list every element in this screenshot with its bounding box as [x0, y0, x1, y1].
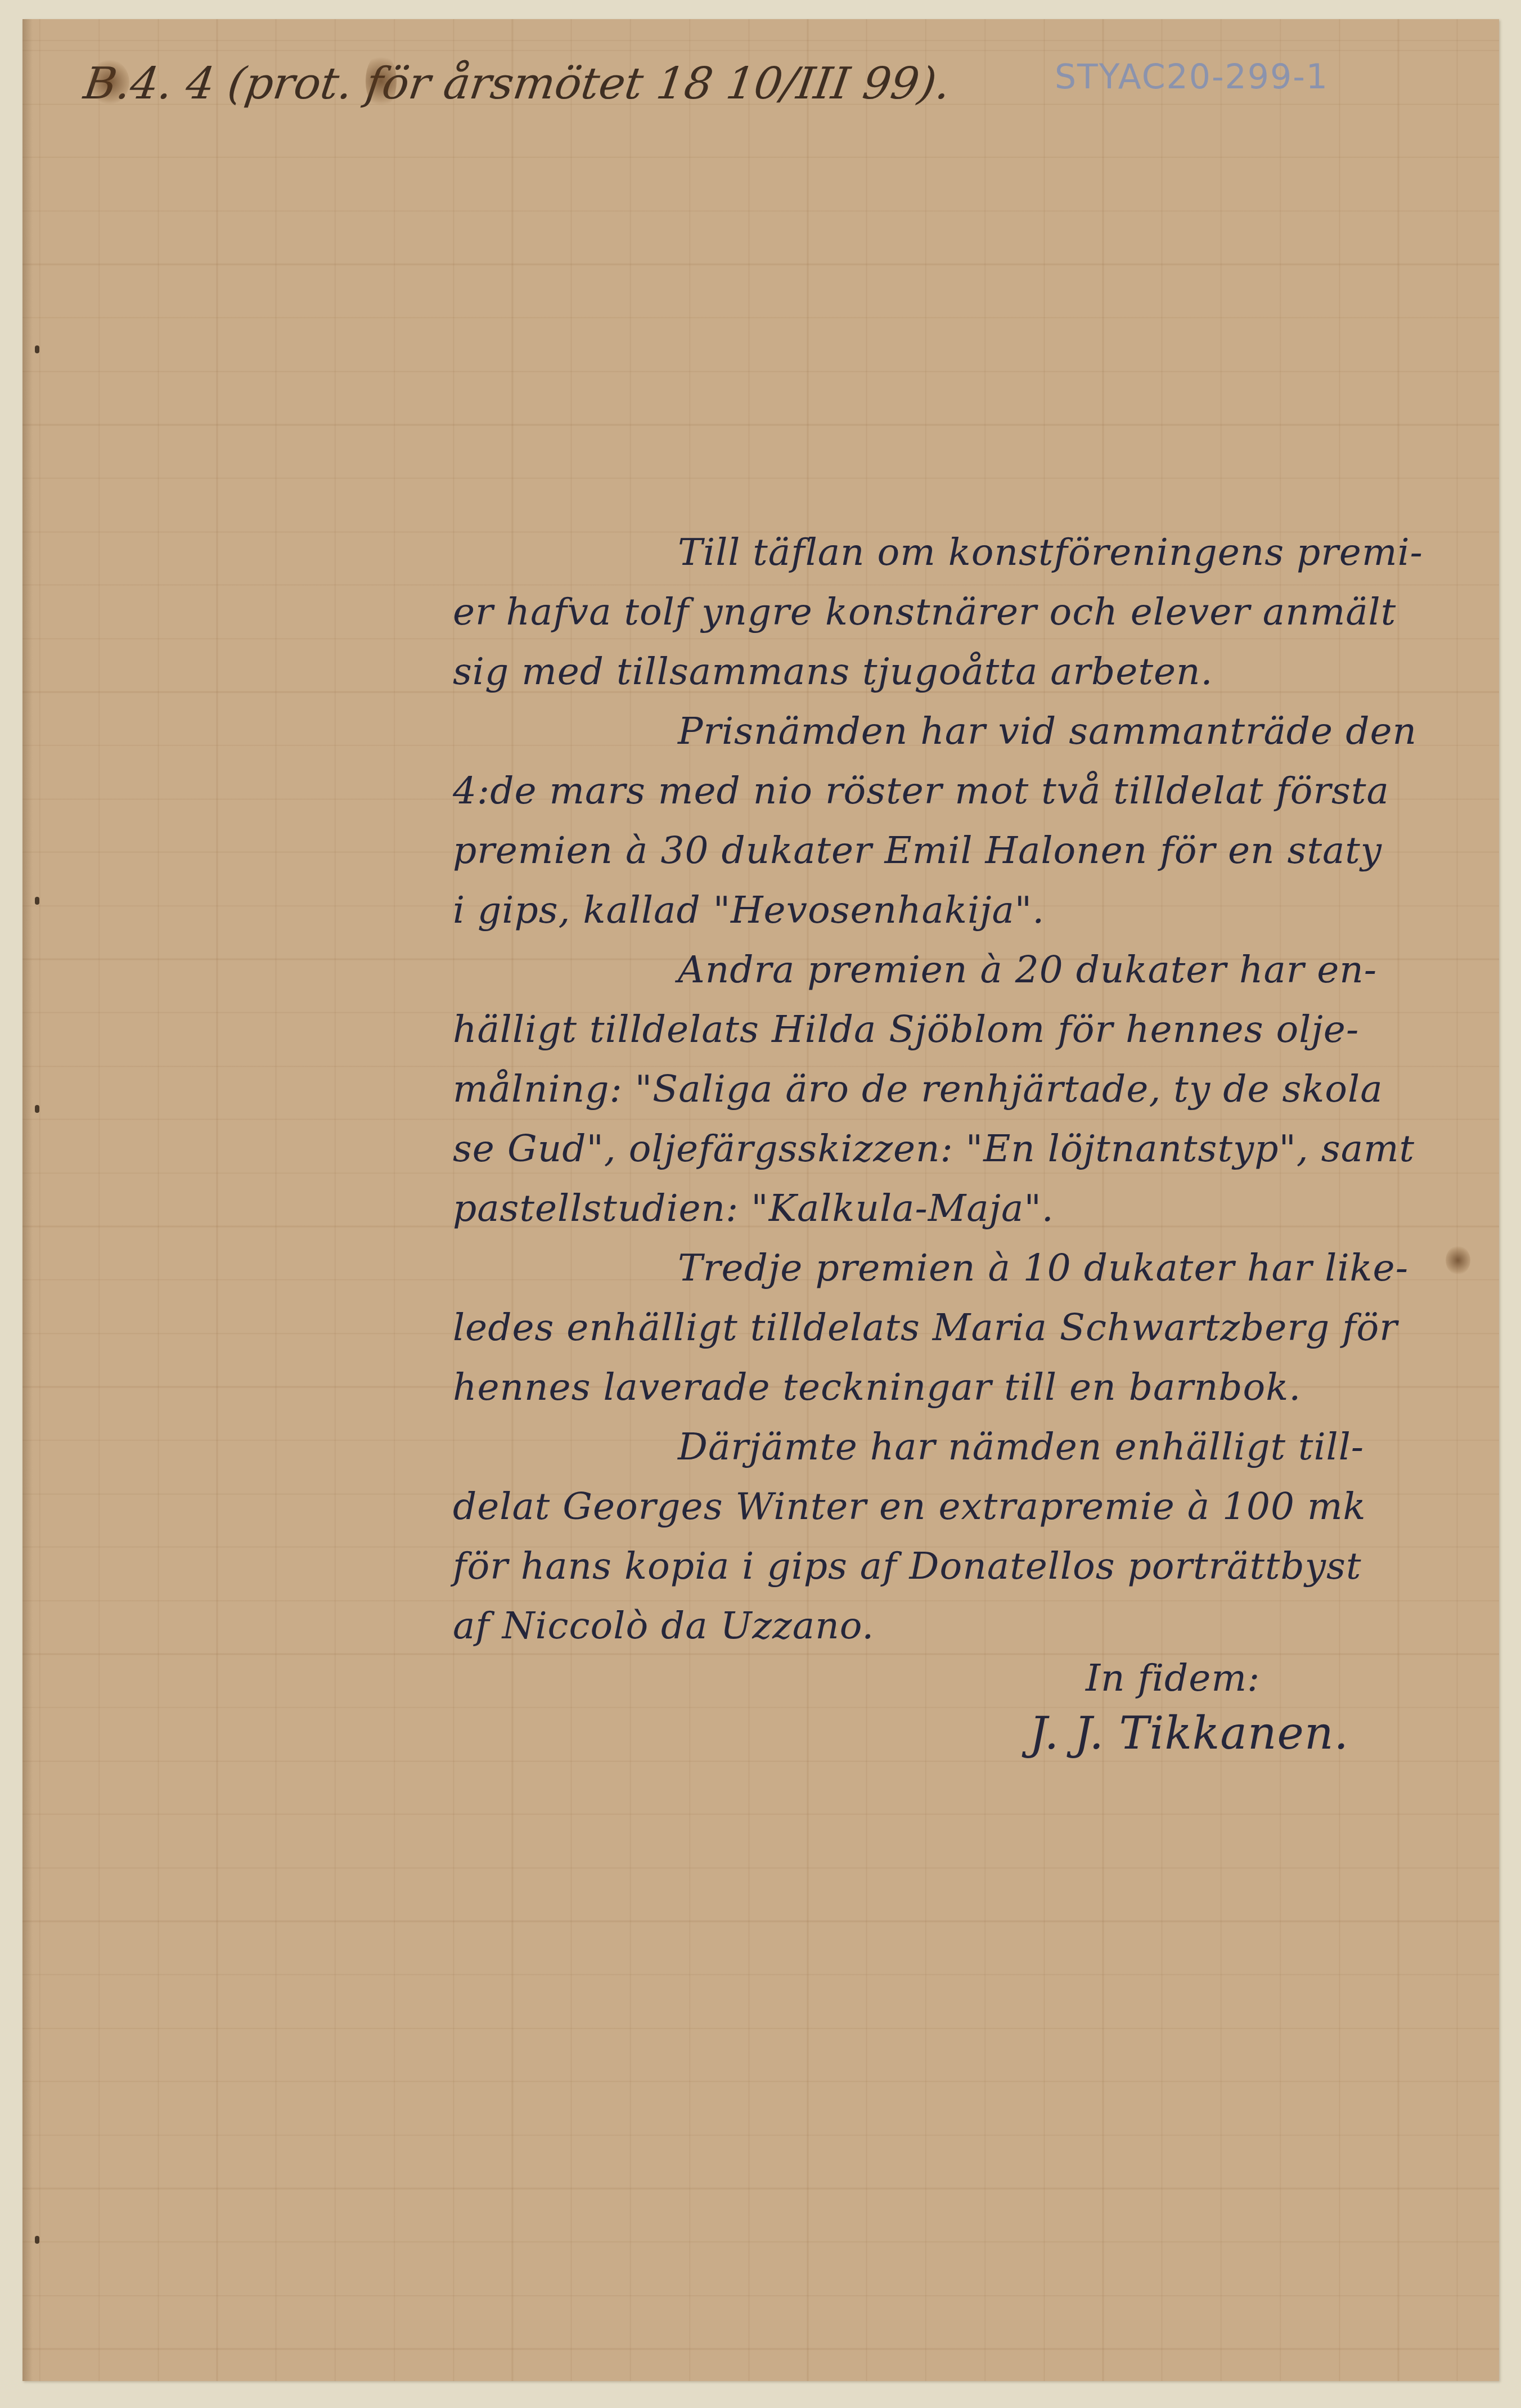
body-line: i gips, kallad "Hevosenhakija". — [453, 880, 1510, 940]
body-line: hälligt tilldelats Hilda Sjöblom för hen… — [453, 1000, 1510, 1059]
body-line: sig med tillsammans tjugoåtta arbeten. — [453, 642, 1510, 702]
body-line: premien à 30 dukater Emil Halonen för en… — [453, 821, 1510, 880]
body-line: af Niccolò da Uzzano. — [453, 1596, 1510, 1656]
body-line: hennes laverade teckningar till en barnb… — [453, 1358, 1510, 1417]
closing-formula: In fidem: — [1086, 1656, 1260, 1700]
binding-hole — [35, 897, 39, 905]
body-line: er hafva tolf yngre konstnärer och eleve… — [453, 582, 1510, 642]
archive-id: STYAC20-299-1 — [1055, 57, 1329, 97]
body-line: Till täflan om konstföreningens premi- — [453, 523, 1510, 582]
body-line: målning: "Saliga äro de renhjärtade, ty … — [453, 1059, 1510, 1119]
ink-stain — [90, 60, 129, 105]
body-line: se Gud", oljefärgsskizzen: "En löjtnants… — [453, 1119, 1510, 1179]
body-line: Därjämte har nämden enhälligt till- — [453, 1417, 1510, 1477]
manuscript-page: B.4. 4 (prot. för årsmötet 18 10/III 99)… — [22, 19, 1499, 2381]
binding-hole — [35, 1105, 39, 1113]
body-line: 4:de mars med nio röster mot två tilldel… — [453, 761, 1510, 821]
ink-stain — [366, 53, 397, 109]
binding-hole — [35, 2236, 39, 2244]
body-line: delat Georges Winter en extrapremie à 10… — [453, 1477, 1510, 1537]
body-line: för hans kopia i gips af Donatellos port… — [453, 1537, 1510, 1596]
body-line: pastellstudien: "Kalkula-Maja". — [453, 1179, 1510, 1238]
body-line: Prisnämden har vid sammanträde den — [453, 702, 1510, 761]
letter-body: Till täflan om konstföreningens premi- e… — [453, 523, 1510, 1656]
header-annotation: B.4. 4 (prot. för årsmötet 18 10/III 99)… — [81, 59, 954, 109]
body-line: Tredje premien à 10 dukater har like- — [453, 1238, 1510, 1298]
signature: J. J. Tikkanen. — [1029, 1707, 1349, 1759]
binding-hole — [35, 345, 39, 353]
body-line: ledes enhälligt tilldelats Maria Schwart… — [453, 1298, 1510, 1358]
body-line: Andra premien à 20 dukater har en- — [453, 940, 1510, 1000]
